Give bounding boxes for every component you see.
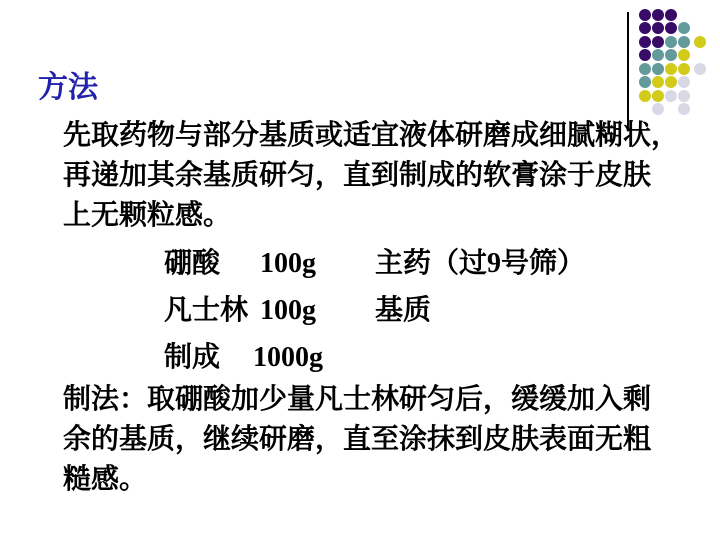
formula-table: 硼酸 100g 主药（过9号筛） 凡士林 100g 基质 制成 1000g xyxy=(0,240,720,381)
decoration-dot xyxy=(639,63,651,75)
ingredient-name: 制成 xyxy=(164,334,220,381)
decoration-dot xyxy=(678,76,690,88)
decoration-dot xyxy=(665,49,677,61)
decoration-dot xyxy=(639,76,651,88)
paragraph-method: 先取药物与部分基质或适宜液体研磨成细腻糊状， 再递加其余基质研匀，直到制成的软膏… xyxy=(63,116,679,236)
ingredient-name: 凡士林 xyxy=(164,287,248,334)
slide-title: 方法 xyxy=(38,70,98,106)
decoration-dot xyxy=(639,36,651,48)
decoration-dot xyxy=(652,63,664,75)
decoration-dot xyxy=(678,36,690,48)
formula-row-vaseline: 凡士林 100g 基质 xyxy=(0,287,720,334)
decoration-dot xyxy=(652,103,664,115)
ingredient-amount: 100g xyxy=(248,287,328,334)
decoration-dot xyxy=(652,36,664,48)
method-line-1: 先取药物与部分基质或适宜液体研磨成细腻糊状， xyxy=(63,116,679,156)
decoration-dot xyxy=(678,22,690,34)
decoration-dot xyxy=(639,22,651,34)
decoration-dot xyxy=(678,103,690,115)
procedure-line-2: 余的基质，继续研磨，直至涂抹到皮肤表面无粗 xyxy=(63,420,651,460)
decoration-dot xyxy=(678,90,690,102)
decoration-dot xyxy=(665,22,677,34)
decoration-dot xyxy=(639,49,651,61)
ingredient-amount: 100g xyxy=(248,240,328,287)
formula-row-total: 制成 1000g xyxy=(0,334,720,381)
decoration-dot xyxy=(652,22,664,34)
decoration-dot xyxy=(694,63,706,75)
ingredient-note: 基质 xyxy=(375,287,431,334)
slide: 方法 先取药物与部分基质或适宜液体研磨成细腻糊状， 再递加其余基质研匀，直到制成… xyxy=(0,0,720,540)
decoration-dot xyxy=(652,90,664,102)
ingredient-amount: 1000g xyxy=(248,334,328,381)
method-line-2: 再递加其余基质研匀，直到制成的软膏涂于皮肤 xyxy=(63,156,679,196)
decoration-vertical-line xyxy=(627,12,629,130)
decoration-dot xyxy=(652,9,664,21)
decoration-dot xyxy=(678,63,690,75)
decoration-dot xyxy=(639,9,651,21)
formula-row-boric-acid: 硼酸 100g 主药（过9号筛） xyxy=(0,240,720,287)
procedure-line-1: 制法：取硼酸加少量凡士林研匀后，缓缓加入剩 xyxy=(63,380,651,420)
ingredient-note: 主药（过9号筛） xyxy=(375,240,585,287)
decoration-dot xyxy=(652,49,664,61)
decoration-dot xyxy=(665,90,677,102)
decoration-dot xyxy=(665,76,677,88)
method-line-3: 上无颗粒感。 xyxy=(63,196,679,236)
decoration-dot xyxy=(665,63,677,75)
procedure-line-3: 糙感。 xyxy=(63,460,651,500)
decoration-dot xyxy=(678,49,690,61)
decoration-dot xyxy=(665,36,677,48)
decoration-dot xyxy=(639,90,651,102)
decoration-dot xyxy=(694,36,706,48)
decoration-dot xyxy=(665,9,677,21)
paragraph-procedure: 制法：取硼酸加少量凡士林研匀后，缓缓加入剩 余的基质，继续研磨，直至涂抹到皮肤表… xyxy=(63,380,651,500)
decoration-dot xyxy=(652,76,664,88)
ingredient-name: 硼酸 xyxy=(164,240,220,287)
